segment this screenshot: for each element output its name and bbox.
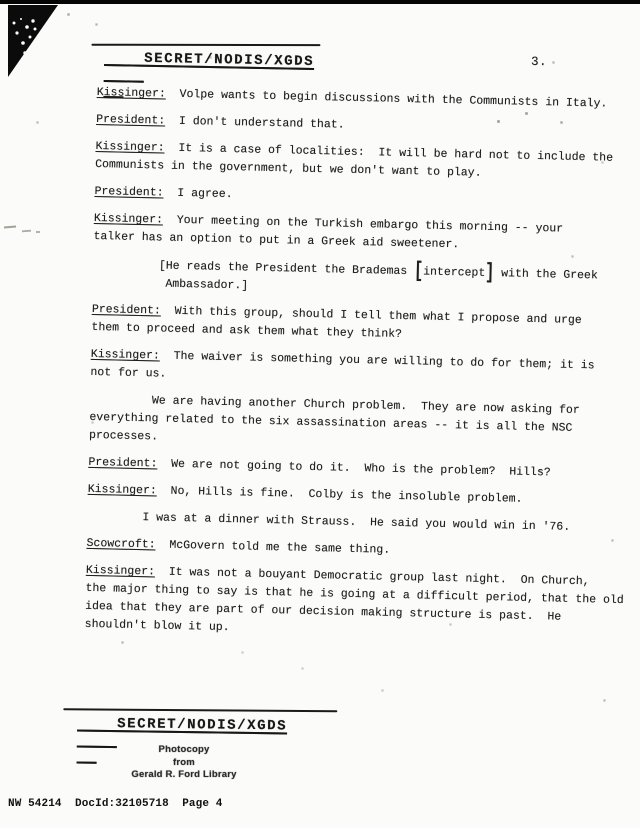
strikethrough-line <box>91 44 320 47</box>
speaker-name: Kissinger: <box>94 212 163 227</box>
corner-speckles <box>20 18 22 20</box>
speaker-name: Kissinger: <box>95 140 164 155</box>
dialogue-paragraph: Kissinger: No, Hills is fine. Colby is t… <box>88 481 640 512</box>
dialogue-paragraph: President: We are not going to do it. Wh… <box>88 454 640 485</box>
dialogue-text: The waiver is something you are willing … <box>90 349 594 380</box>
photocopy-library-stamp: Photocopy from Gerald R. Ford Library <box>130 744 238 782</box>
scan-top-edge-artifact <box>0 0 640 4</box>
dialogue-text: We are not going to do it. Who is the pr… <box>157 457 551 479</box>
dialogue-paragraph: I was at a dinner with Strauss. He said … <box>87 508 640 539</box>
speaker-name: Kissinger: <box>97 86 166 101</box>
classification-text: SECRET/NODIS/XGDS <box>117 716 287 734</box>
dialogue-text: With this group, should I tell them what… <box>91 305 582 341</box>
dialogue-paragraph: Scowcroft: McGovern told me the same thi… <box>86 535 640 566</box>
stage-direction-text: [He reads the President the Brademas <box>159 259 415 278</box>
dialogue-text: I agree. <box>163 187 232 202</box>
dialogue-paragraph: President: I don't understand that. <box>96 111 640 142</box>
dialogue-text: It was not a bouyant Democratic group la… <box>85 565 624 634</box>
speaker-name: President: <box>92 303 161 318</box>
pencil-mark <box>4 225 16 228</box>
dialogue-text: We are having another Church problem. Th… <box>89 393 580 444</box>
scanned-document-page: SECRET/NODIS/XGDS 3. Kissinger: Volpe wa… <box>0 0 640 828</box>
pencil-mark <box>22 230 31 232</box>
dialogue-paragraph: President: With this group, should I tel… <box>91 301 640 350</box>
classification-text: SECRET/NODIS/XGDS <box>144 51 314 70</box>
dialogue-paragraph: Kissinger: It is a case of localities: I… <box>95 138 640 187</box>
speaker-name: Kissinger: <box>91 348 160 363</box>
dialogue-text: No, Hills is fine. Colby is the insolubl… <box>157 484 523 505</box>
speaker-name: President: <box>94 185 163 200</box>
dialogue-paragraph: Kissinger: It was not a bouyant Democrat… <box>85 562 640 647</box>
dialogue-text: McGovern told me the same thing. <box>155 538 390 556</box>
hand-bracket-open-icon: [ <box>414 259 424 285</box>
corner-fold-mark <box>8 5 58 77</box>
strikethrough-line <box>63 708 337 712</box>
stamp-line: from <box>130 757 238 770</box>
dialogue-paragraph: Kissinger: The waiver is something you a… <box>90 346 640 395</box>
stamp-line: Gerald R. Ford Library <box>130 769 238 782</box>
speaker-name: Kissinger: <box>88 483 157 498</box>
dialogue-text: I was at a dinner with Strauss. He said … <box>87 510 570 534</box>
speaker-name: Kissinger: <box>86 564 155 579</box>
stage-direction: [He reads the President the Brademas [in… <box>158 256 629 304</box>
speaker-name: Scowcroft: <box>86 537 155 552</box>
dialogue-body: Kissinger: Volpe wants to begin discussi… <box>84 84 640 656</box>
dialogue-paragraph: Kissinger: Your meeting on the Turkish e… <box>93 210 640 259</box>
dialogue-text: It is a case of localities: It will be h… <box>95 142 613 180</box>
pencil-mark <box>36 231 40 233</box>
stage-direction-word: intercept <box>423 265 485 279</box>
dialogue-paragraph: We are having another Church problem. Th… <box>89 391 640 458</box>
stamp-line: Photocopy <box>130 744 238 757</box>
dialogue-paragraph: Kissinger: Volpe wants to begin discussi… <box>97 84 640 115</box>
hand-bracket-close-icon: ] <box>485 261 495 287</box>
document-id-line: NW 54214 DocId:32105718 Page 4 <box>8 798 222 810</box>
speaker-name: President: <box>88 456 157 471</box>
dialogue-text: Volpe wants to begin discussions with th… <box>166 88 608 111</box>
dialogue-text: Your meeting on the Turkish embargo this… <box>93 214 563 252</box>
dialogue-text: I don't understand that. <box>165 115 345 132</box>
page-number: 3. <box>531 55 547 69</box>
paper-speckles <box>0 0 1 1</box>
speaker-name: President: <box>96 113 165 128</box>
dialogue-paragraph: President: I agree. <box>94 183 640 214</box>
